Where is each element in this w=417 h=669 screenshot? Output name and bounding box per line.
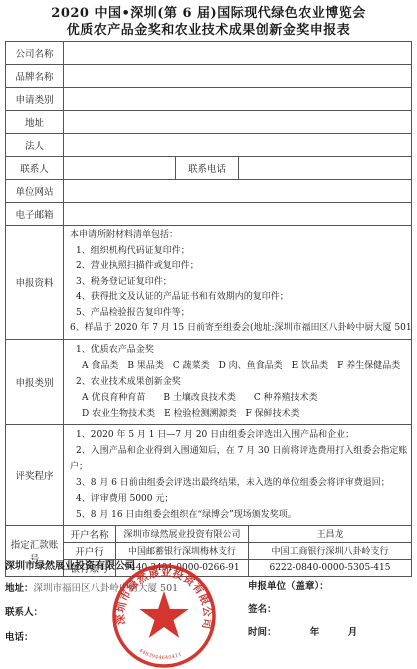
contact-phone-label: 联系电话: [176, 157, 239, 180]
account-number-2: 6222-0840-0000-5305-415: [249, 559, 412, 576]
legal-person-label: 法人: [6, 134, 64, 157]
procedure-line: 2、入围产品和企业得到入围通知后，在 7 月 30 日前将评选费用打入组委会指定…: [68, 443, 407, 459]
date-line[interactable]: 时间： 年 月: [248, 624, 357, 638]
apply-category-field[interactable]: [64, 88, 412, 111]
application-form-page: 2020 中国•深圳(第 6 届)国际现代绿色农业博览会 优质农产品金奖和农业技…: [0, 0, 417, 669]
materials-line: 6、样品于 2020 年 7 月 15 日前寄至组委会(地址:深圳市福田区八卦岭…: [68, 321, 407, 337]
address-field[interactable]: [64, 111, 412, 134]
procedure-section-label: 评奖程序: [6, 424, 64, 525]
categories-section-label: 申报类别: [6, 339, 64, 424]
materials-section-label: 申报资料: [6, 226, 64, 340]
materials-line: 本申请所附材料清单包括：: [68, 228, 407, 244]
star-icon: [139, 591, 188, 638]
organizer-address-label: 地址：: [5, 583, 34, 594]
materials-line: 5、产品检验报告复印件等；: [68, 306, 407, 322]
procedure-line: 5、8 月 16 日由组委会组织在“绿博会”现场颁发奖项。: [68, 507, 407, 523]
account-name-1: 深圳市绿然展业投资有限公司: [116, 525, 249, 542]
bank-branch-1: 中国邮蓄银行深圳梅林支行: [116, 542, 249, 559]
company-name-field[interactable]: [64, 42, 412, 65]
address-label: 地址: [6, 111, 64, 134]
page-title-line1: 2020 中国•深圳(第 6 届)国际现代绿色农业博览会: [0, 5, 417, 22]
brand-name-field[interactable]: [64, 65, 412, 88]
email-field[interactable]: [64, 203, 412, 226]
procedure-section-content: 1、2020 年 5 月 1 日—7 月 20 日由组委会评选出入围产品和企业；…: [64, 424, 412, 525]
email-label: 电子邮箱: [6, 203, 64, 226]
signature-label[interactable]: 签名：: [248, 601, 277, 615]
materials-line: 4、获得批文及认证的产品证书和有效期内的复印件；: [68, 290, 407, 306]
account-name-label: 开户名称: [64, 525, 116, 542]
organizer-contact-label: 联系人：: [5, 604, 43, 618]
procedure-line: 户；: [68, 459, 407, 475]
materials-section-content: 本申请所附材料清单包括： 1、组织机构代码证复印件； 2、营业执照扫描件或复印件…: [64, 226, 412, 340]
materials-line: 3、税务登记证复印件；: [68, 275, 407, 291]
categories-line: D 农业生物技术类 E 检验检测溯源类 F 保鲜技术类: [68, 406, 407, 422]
categories-section-content: 1、优质农产品金奖 A 食品类 B 果品类 C 蔬菜类 D 肉、鱼食品类 E 饮…: [64, 339, 412, 424]
svg-text:4483944640411: 4483944640411: [138, 648, 183, 661]
brand-name-label: 品牌名称: [6, 65, 64, 88]
apply-category-label: 申请类别: [6, 88, 64, 111]
account-name-2: 王昌龙: [249, 525, 412, 542]
organizer-phone-label: 电话：: [5, 629, 34, 643]
procedure-line: 4、评审费用 5000 元；: [68, 491, 407, 507]
contact-person-field[interactable]: [64, 157, 176, 180]
categories-line: A 食品类 B 果品类 C 蔬菜类 D 肉、鱼食品类 E 饮品类 F 养生保健品…: [68, 358, 407, 374]
contact-phone-field[interactable]: [239, 157, 412, 180]
company-name-label: 公司名称: [6, 42, 64, 65]
bank-branch-2: 中国工商银行深圳八卦岭支行: [249, 542, 412, 559]
seal-digits: 4483944640411: [138, 648, 183, 661]
procedure-line: 3、8 月 6 日前由组委会评选出最终结果，未入选的单位组委会将评审费退回；: [68, 475, 407, 491]
procedure-line: 1、2020 年 5 月 1 日—7 月 20 日由组委会评选出入围产品和企业；: [68, 427, 407, 443]
categories-line: 2、农业技术成果创新金奖: [68, 374, 407, 390]
page-title: 2020 中国•深圳(第 6 届)国际现代绿色农业博览会 优质农产品金奖和农业技…: [0, 0, 417, 39]
categories-line: 1、优质农产品金奖: [68, 342, 407, 358]
legal-person-field[interactable]: [64, 134, 412, 157]
categories-line: A 优良育种育苗 B 土壤改良技术类 C 种养殖技术类: [68, 390, 407, 406]
materials-line: 2、营业执照扫描件或复印件；: [68, 259, 407, 275]
website-label: 单位网站: [6, 180, 64, 203]
sections-table: 申报资料 本申请所附材料清单包括： 1、组织机构代码证复印件； 2、营业执照扫描…: [5, 225, 412, 526]
company-seal-stamp: 深圳市绿然展业投资有限公司 4483944640411: [109, 561, 219, 669]
declaring-unit-seal-label: 申报单位（盖章）：: [248, 578, 329, 592]
materials-line: 1、组织机构代码证复印件；: [68, 244, 407, 260]
company-info-table: 公司名称 品牌名称 申请类别 地址 法人 联系人 联系电话 单位网站 电子邮箱: [5, 41, 412, 226]
contact-person-label: 联系人: [6, 157, 64, 180]
website-field[interactable]: [64, 180, 412, 203]
page-title-line2: 优质农产品金奖和农业技术成果创新金奖申报表: [0, 22, 417, 39]
